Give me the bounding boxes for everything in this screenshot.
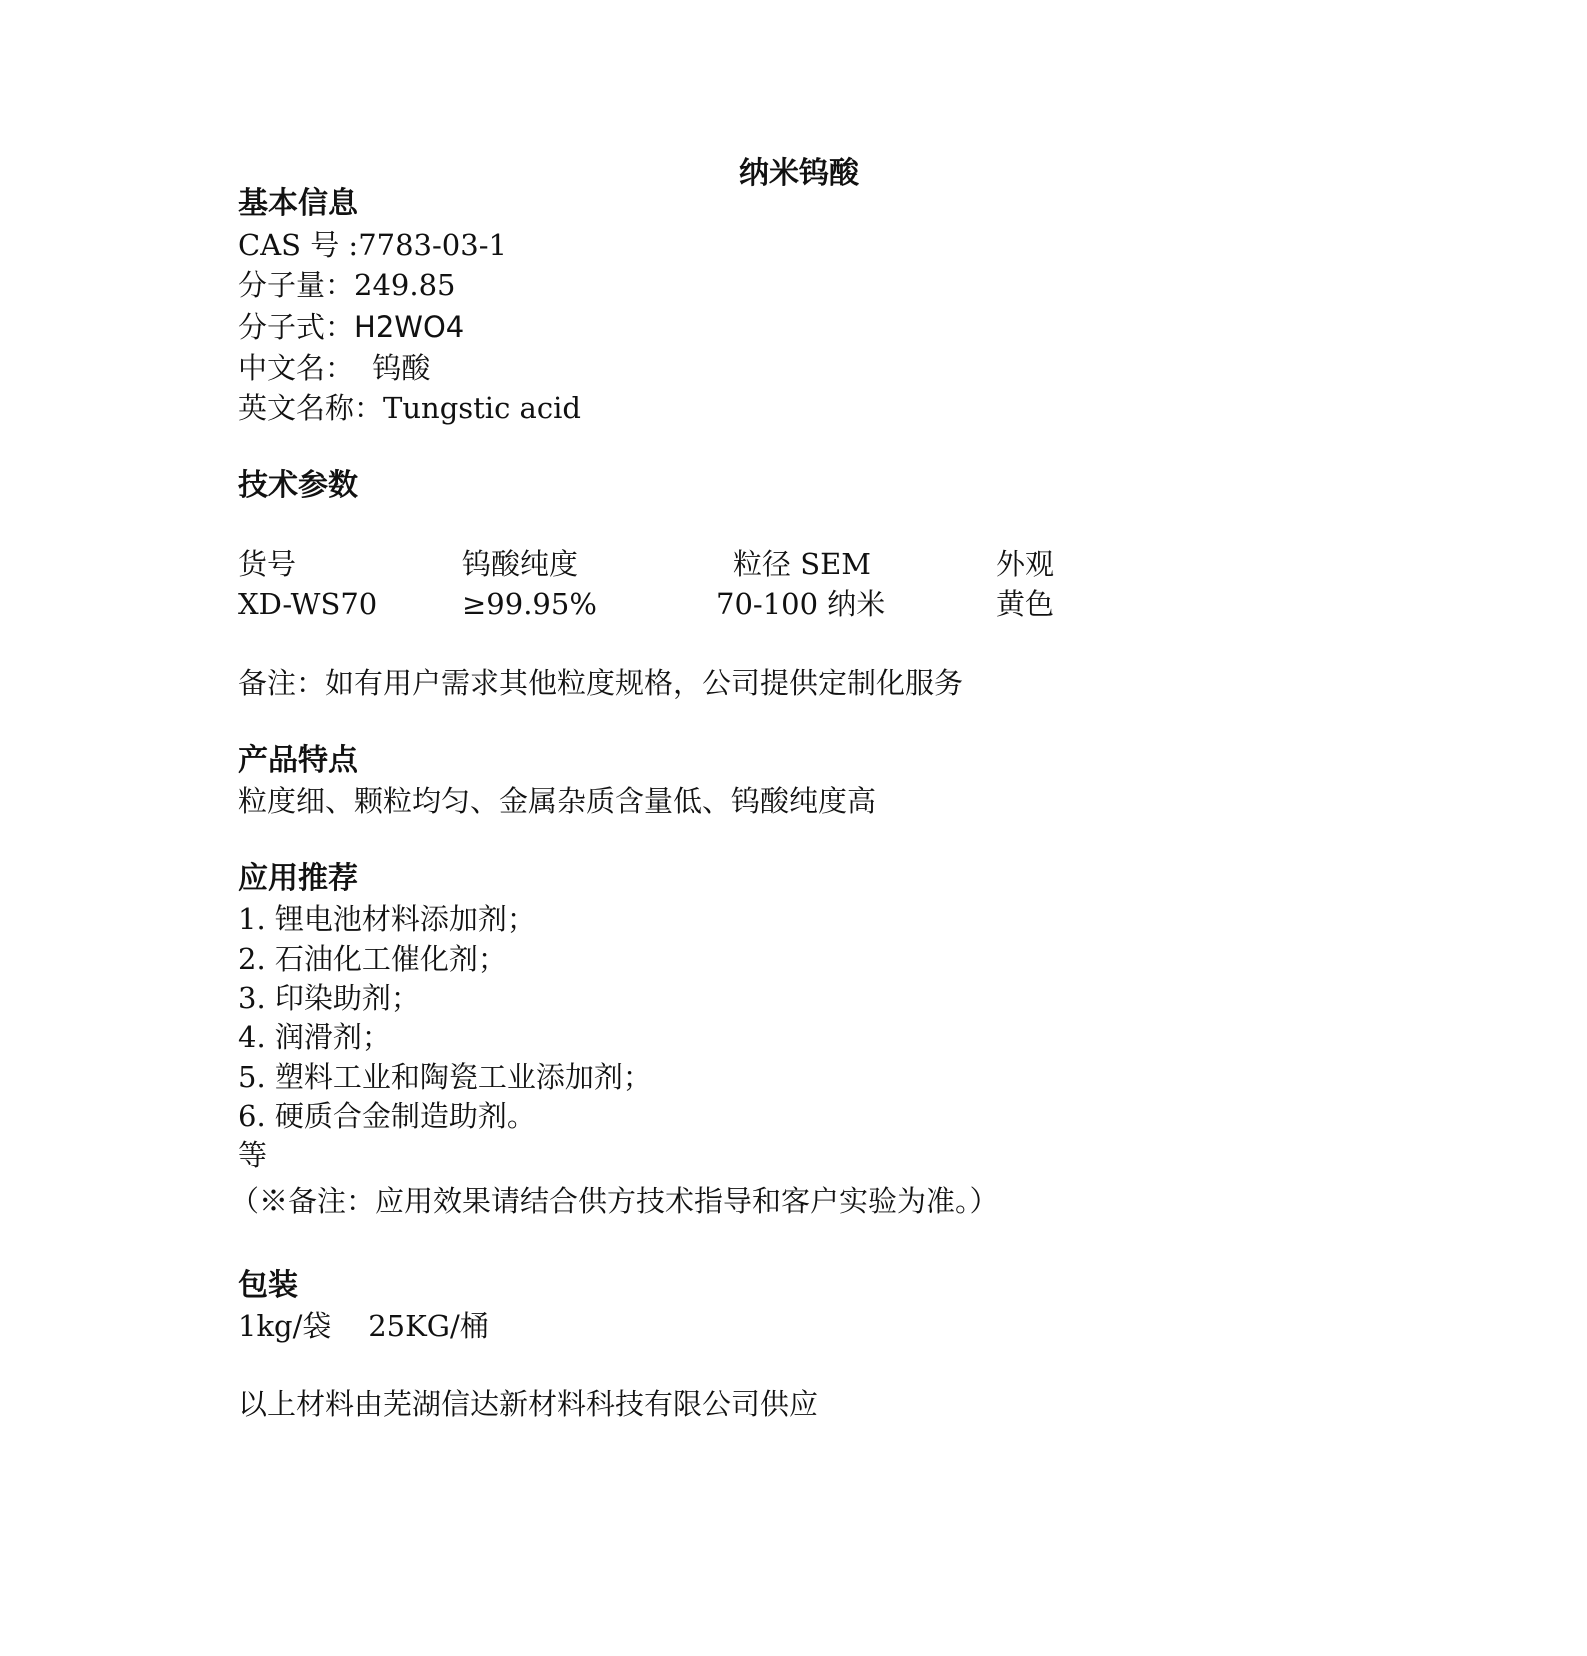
document-page: 纳米钨酸 基本信息 CAS 号 :7783-03-1 分子量：249.85 分子… [0,0,1587,1656]
list-item: 1. 锂电池材料添加剂； [238,901,536,937]
column-header-particle-size: 粒径 SEM [733,546,871,582]
cell-particle-size: 70-100 纳米 [716,586,885,622]
packaging-text: 1kg/袋 25KG/桶 [238,1308,489,1344]
section-heading-tech-params: 技术参数 [238,468,358,504]
cell-item-no: XD-WS70 [238,586,377,622]
list-item: 4. 润滑剂； [238,1019,391,1055]
english-name: 英文名称：Tungstic acid [238,390,581,426]
section-heading-packaging: 包装 [238,1268,298,1304]
section-heading-features: 产品特点 [238,743,358,779]
features-text: 粒度细、颗粒均匀、金属杂质含量低、钨酸纯度高 [238,783,876,819]
cell-purity: ≥99.95% [462,586,597,622]
list-item: 2. 石油化工催化剂； [238,941,507,977]
molecular-weight-label: 分子量： [238,268,354,302]
chinese-name: 中文名： 钨酸 [238,350,430,386]
molecular-weight: 分子量：249.85 [238,267,456,303]
molecular-formula-label: 分子式： [238,310,354,344]
column-header-appearance: 外观 [996,546,1054,582]
column-header-purity: 钨酸纯度 [462,546,578,582]
list-item: 3. 印染助剂； [238,980,420,1016]
list-item: 6. 硬质合金制造助剂。 [238,1098,536,1134]
custom-service-note: 备注：如有用户需求其他粒度规格，公司提供定制化服务 [238,665,963,701]
molecular-formula: 分子式：H2WO4 [238,309,464,345]
supplier-statement: 以上材料由芜湖信达新材料科技有限公司供应 [238,1386,818,1422]
applications-etc: 等 [238,1137,267,1173]
applications-note: （※备注：应用效果请结合供方技术指导和客户实验为准。） [230,1183,999,1219]
section-heading-applications: 应用推荐 [238,861,358,897]
molecular-weight-value: 249.85 [354,268,455,302]
list-item: 5. 塑料工业和陶瓷工业添加剂； [238,1059,652,1095]
cell-appearance: 黄色 [996,586,1054,622]
molecular-formula-value: H2WO4 [354,310,464,344]
column-header-item-no: 货号 [238,546,296,582]
cas-number: CAS 号 :7783-03-1 [238,227,507,263]
section-heading-basic-info: 基本信息 [238,186,358,222]
